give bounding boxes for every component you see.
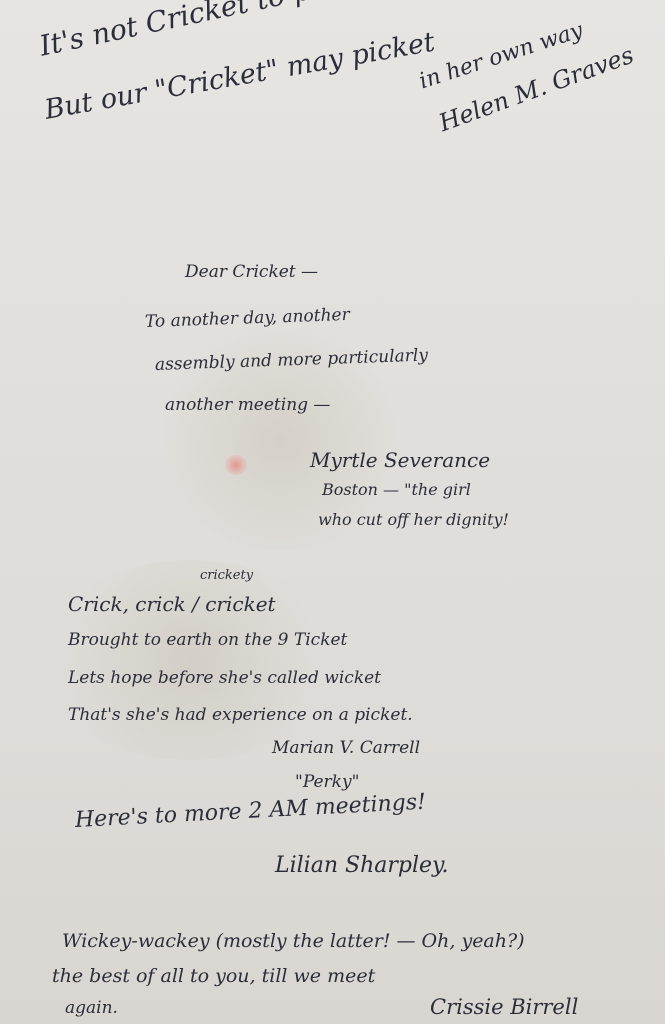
closing-line-1: Wickey-wackey (mostly the latter! — Oh, … [62,930,525,952]
poem-line-3: Lets hope before she's called wicket [68,668,381,688]
letter-sig-line-2: Boston — "the girl [322,480,471,499]
pink-spot [225,455,247,475]
letter-body-line-3: another meeting — [165,395,330,415]
poem-line-2: Brought to earth on the 9 Ticket [68,630,347,650]
poem-line-4: That's she's had experience on a picket. [68,705,413,725]
signature-myrtle-severance: Myrtle Severance [310,448,490,472]
letter-salutation: Dear Cricket — [185,262,318,282]
letter-body-line-1: To another day, another [145,305,350,332]
poem-line-1: Crick, crick / cricket [68,592,276,616]
toast-line: Here's to more 2 AM meetings! [74,790,426,833]
handwritten-note-page: It's not Cricket to pi… But our "Cricket… [0,0,665,1024]
letter-sig-line-3: who cut off her dignity! [318,510,509,529]
closing-line-3: again. [65,998,118,1018]
water-stain [40,560,340,760]
signature-crissie-birrell: Crissie Birrell [430,995,578,1019]
signature-lilian-sharpley: Lilian Sharpley. [275,853,449,878]
closing-line-2: the best of all to you, till we meet [52,965,375,987]
signature-marian-carrell: Marian V. Carrell [272,738,420,758]
signature-nickname: "Perky" [295,772,359,792]
poem-insert: crickety [200,568,253,583]
